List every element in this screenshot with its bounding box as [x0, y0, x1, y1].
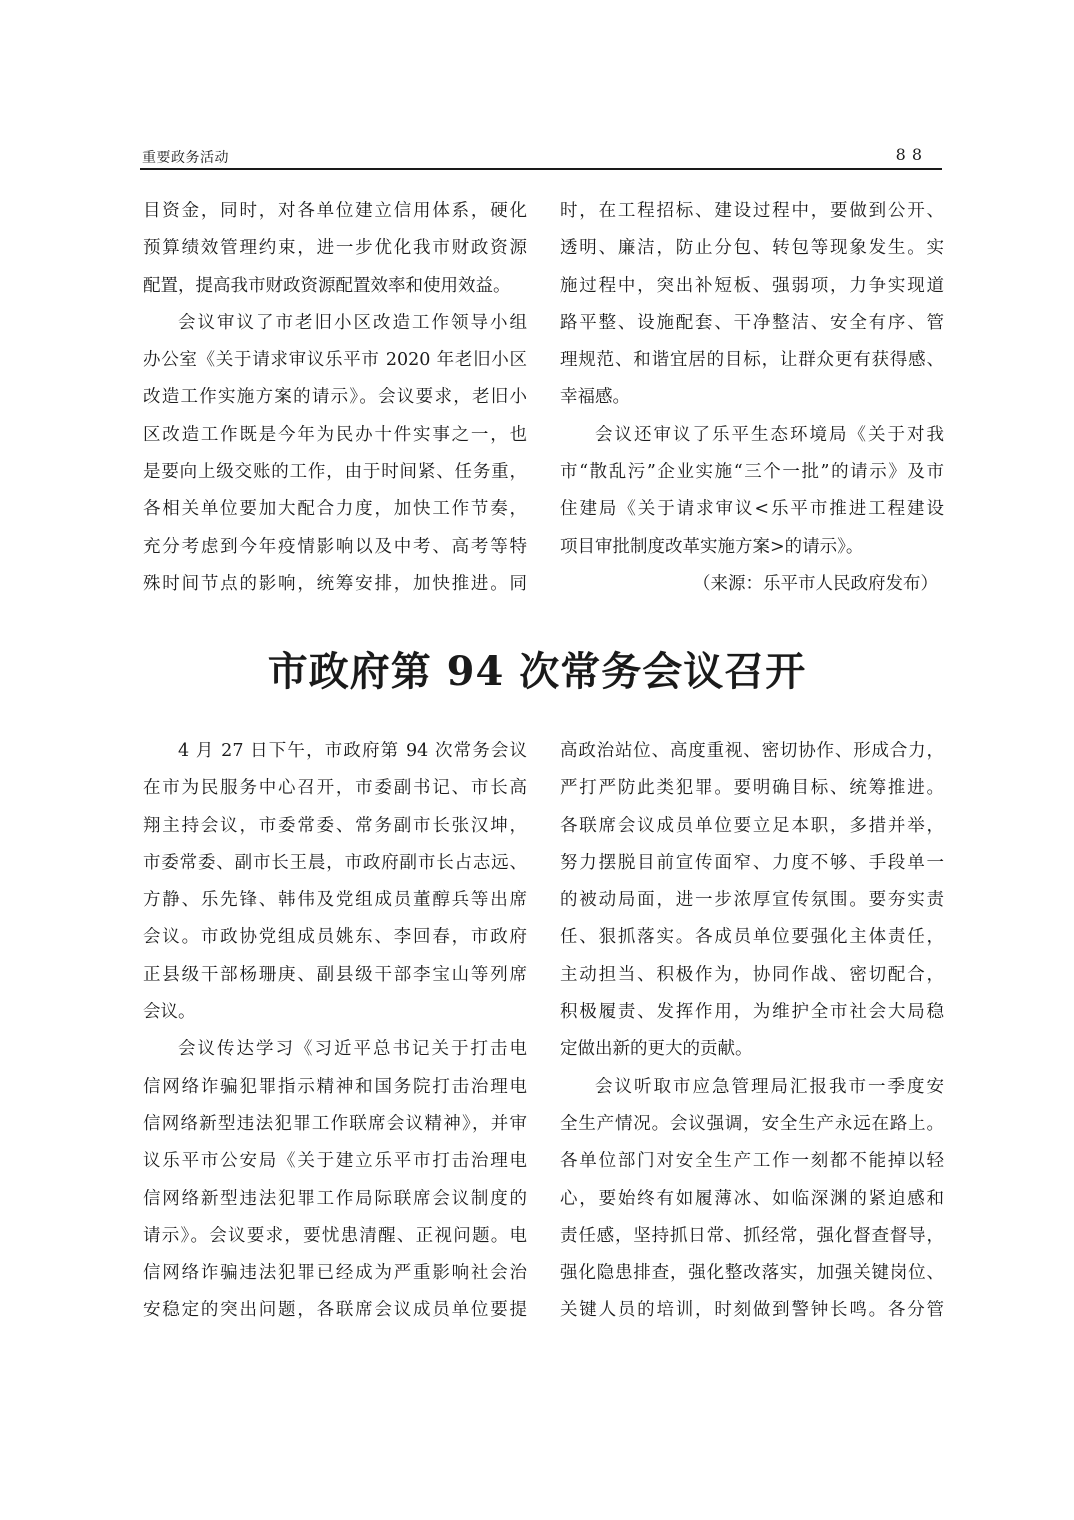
text-line: 信网络诈骗违法犯罪已经成为严重影响社会治 [143, 1255, 527, 1292]
text-line: 市“散乱污”企业实施“三个一批”的请示》及市 [560, 454, 944, 491]
text-line: 会议还审议了乐平生态环境局《关于对我 [560, 417, 944, 454]
text-line: 信网络诈骗犯罪指示精神和国务院打击治理电 [143, 1069, 527, 1106]
text-line: 安稳定的突出问题，各联席会议成员单位要提 [143, 1292, 527, 1329]
text-line: 努力摆脱目前宣传面窄、力度不够、手段单一 [560, 845, 944, 882]
text-line: 目资金，同时，对各单位建立信用体系，硬化 [143, 193, 527, 230]
header-divider [140, 168, 942, 170]
text-line: 强化隐患排查，强化整改落实，加强关键岗位、 [560, 1255, 944, 1292]
text-line: 是要向上级交账的工作，由于时间紧、任务重， [143, 454, 527, 491]
text-line: 透明、廉洁，防止分包、转包等现象发生。实 [560, 230, 944, 267]
text-line: 的被动局面，进一步浓厚宣传氛围。要夯实责 [560, 882, 944, 919]
text-line: 各相关单位要加大配合力度，加快工作节奏， [143, 491, 527, 528]
source-attribution: （来源：乐平市人民政府发布） [560, 566, 944, 603]
text-line: 路平整、设施配套、干净整洁、安全有序、管 [560, 305, 944, 342]
article-title: 市政府第 94 次常务会议召开 [0, 640, 1074, 697]
text-line: 主动担当、积极作为，协同作战、密切配合， [560, 957, 944, 994]
text-line: 改造工作实施方案的请示》。会议要求，老旧小 [143, 379, 527, 416]
text-line: 住建局《关于请求审议<乐平市推进工程建设 [560, 491, 944, 528]
text-line: 幸福感。 [560, 379, 944, 416]
text-line: 积极履责、发挥作用，为维护全市社会大局稳 [560, 994, 944, 1031]
text-line: 时，在工程招标、建设过程中，要做到公开、 [560, 193, 944, 230]
text-line: 严打严防此类犯罪。要明确目标、统筹推进。 [560, 770, 944, 807]
text-line: 信网络新型违法犯罪工作局际联席会议制度的 [143, 1181, 527, 1218]
text-line: 任、狠抓落实。各成员单位要强化主体责任， [560, 919, 944, 956]
page-number: 88 [896, 145, 928, 164]
text-line: 充分考虑到今年疫情影响以及中考、高考等特 [143, 529, 527, 566]
text-line: 预算绩效管理约束，进一步优化我市财政资源 [143, 230, 527, 267]
text-line: 会议传达学习《习近平总书记关于打击电 [143, 1031, 527, 1068]
text-line: 信网络新型违法犯罪工作联席会议精神》，并审 [143, 1106, 527, 1143]
text-line: 会议。市政协党组成员姚东、李回春，市政府 [143, 919, 527, 956]
text-line: 各单位部门对安全生产工作一刻都不能掉以轻 [560, 1143, 944, 1180]
article1-column-right: 时，在工程招标、建设过程中，要做到公开、透明、廉洁，防止分包、转包等现象发生。实… [560, 193, 944, 603]
text-line: 各联席会议成员单位要立足本职，多措并举， [560, 808, 944, 845]
text-line: 会议审议了市老旧小区改造工作领导小组 [143, 305, 527, 342]
text-line: 正县级干部杨珊庚、副县级干部李宝山等列席 [143, 957, 527, 994]
text-line: 心，要始终有如履薄冰、如临深渊的紧迫感和 [560, 1181, 944, 1218]
text-line: 理规范、和谐宜居的目标，让群众更有获得感、 [560, 342, 944, 379]
article1-column-left: 目资金，同时，对各单位建立信用体系，硬化预算绩效管理约束，进一步优化我市财政资源… [143, 193, 527, 603]
text-line: 关键人员的培训，时刻做到警钟长鸣。各分管 [560, 1292, 944, 1329]
text-line: 会议听取市应急管理局汇报我市一季度安 [560, 1069, 944, 1106]
text-line: 项目审批制度改革实施方案>的请示》。 [560, 529, 944, 566]
text-line: 区改造工作既是今年为民办十件实事之一，也 [143, 417, 527, 454]
text-line: 请示》。会议要求，要忧患清醒、正视问题。电 [143, 1218, 527, 1255]
text-line: 会议。 [143, 994, 527, 1031]
text-line: 配置，提高我市财政资源配置效率和使用效益。 [143, 268, 527, 305]
article2-column-right: 高政治站位、高度重视、密切协作、形成合力，严打严防此类犯罪。要明确目标、统筹推进… [560, 733, 944, 1330]
text-line: 高政治站位、高度重视、密切协作、形成合力， [560, 733, 944, 770]
text-line: 4 月 27 日下午，市政府第 94 次常务会议 [143, 733, 527, 770]
text-line: 责任感，坚持抓日常、抓经常，强化督查督导， [560, 1218, 944, 1255]
text-line: 施过程中，突出补短板、强弱项，力争实现道 [560, 268, 944, 305]
text-line: 方静、乐先锋、韩伟及党组成员董醇兵等出席 [143, 882, 527, 919]
text-line: 翔主持会议，市委常委、常务副市长张汉坤， [143, 808, 527, 845]
text-line: 殊时间节点的影响，统筹安排，加快推进。同 [143, 566, 527, 603]
article2-column-left: 4 月 27 日下午，市政府第 94 次常务会议在市为民服务中心召开，市委副书记… [143, 733, 527, 1330]
text-line: 全生产情况。会议强调，安全生产永远在路上。 [560, 1106, 944, 1143]
text-line: 办公室《关于请求审议乐平市 2020 年老旧小区 [143, 342, 527, 379]
text-line: 定做出新的更大的贡献。 [560, 1031, 944, 1068]
section-title: 重要政务活动 [142, 147, 229, 167]
text-line: 市委常委、副市长王晨，市政府副市长占志远、 [143, 845, 527, 882]
running-header: 重要政务活动 88 [142, 143, 940, 169]
text-line: 议乐平市公安局《关于建立乐平市打击治理电 [143, 1143, 527, 1180]
text-line: 在市为民服务中心召开，市委副书记、市长高 [143, 770, 527, 807]
